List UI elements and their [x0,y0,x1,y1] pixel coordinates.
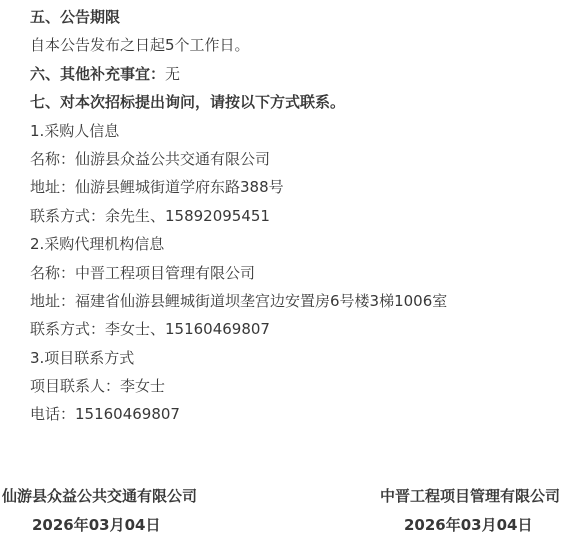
announcement-body: 五、公告期限 自本公告发布之日起5个工作日。 六、其他补充事宜：无 七、对本次招… [30,3,562,429]
section6-value: 无 [165,65,180,83]
agency-contact: 联系方式：李女士、15160469807 [30,315,562,343]
section5-body: 自本公告发布之日起5个工作日。 [30,31,562,59]
agency-signature-date: 2026年03月04日 [404,511,560,540]
agency-title: 2.采购代理机构信息 [30,230,562,258]
purchaser-title: 1.采购人信息 [30,117,562,145]
section6-heading: 六、其他补充事宜： [30,65,165,83]
agency-name: 名称：中晋工程项目管理有限公司 [30,259,562,287]
agency-address: 地址：福建省仙游县鲤城街道坝垄宫边安置房6号楼3梯1006室 [30,287,562,315]
agency-signature-company: 中晋工程项目管理有限公司 [380,482,560,511]
purchaser-name: 名称：仙游县众益公共交通有限公司 [30,145,562,173]
purchaser-contact: 联系方式：余先生、15892095451 [30,202,562,230]
project-title: 3.项目联系方式 [30,344,562,372]
section7-heading: 七、对本次招标提出询问，请按以下方式联系。 [30,88,562,116]
agency-signature-block: 中晋工程项目管理有限公司 2026年03月04日 [380,482,560,540]
purchaser-signature-company: 仙游县众益公共交通有限公司 [2,482,197,511]
section5-heading: 五、公告期限 [30,3,562,31]
project-contact-person: 项目联系人：李女士 [30,372,562,400]
purchaser-signature-block: 仙游县众益公共交通有限公司 2026年03月04日 [2,482,197,540]
purchaser-signature-date: 2026年03月04日 [32,511,197,540]
purchaser-address: 地址：仙游县鲤城街道学府东路388号 [30,173,562,201]
project-phone: 电话：15160469807 [30,400,562,428]
section6-heading-line: 六、其他补充事宜：无 [30,60,562,88]
signature-footer: 仙游县众益公共交通有限公司 2026年03月04日 中晋工程项目管理有限公司 2… [0,482,564,540]
